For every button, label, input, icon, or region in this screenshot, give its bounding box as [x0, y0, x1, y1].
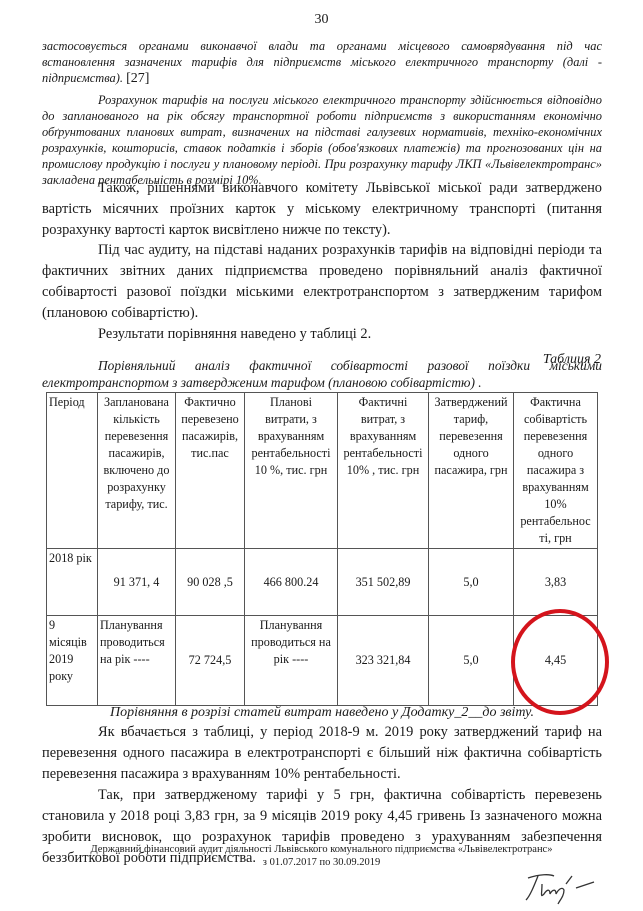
table-header-row: Період Запланована кількість перевезення…: [47, 393, 598, 549]
appendix-note: Порівняння в розрізі статей витрат навед…: [42, 704, 602, 722]
table-row: 2018 рік 91 371, 4 90 028 ,5 466 800.24 …: [47, 549, 598, 616]
tariff-calculation-paragraph: Розрахунок тарифів на послуги міського е…: [42, 92, 602, 188]
cell-actual-passengers: 72 724,5: [176, 616, 245, 706]
travel-cards-paragraph: Також, рішеннями виконавчого комітету Ль…: [42, 178, 602, 241]
conclusion-paragraph-1: Як вбачається з таблиці, у період 2018-9…: [42, 722, 602, 785]
intro-line-1: застосовується органами виконавчої влади…: [42, 38, 602, 54]
header-actual-costs: Фактичні витрат, з врахуванням рентабель…: [338, 393, 429, 549]
cell-actual-costs: 323 321,84: [338, 616, 429, 706]
reference-number: [27]: [126, 71, 149, 86]
cell-planned-passengers: 91 371, 4: [98, 549, 176, 616]
cell-approved-tariff: 5,0: [429, 616, 514, 706]
results-paragraph: Результати порівняння наведено у таблиці…: [42, 324, 602, 345]
table-title: Порівняльний аналіз фактичної собівартос…: [42, 357, 602, 391]
intro-paragraph: застосовується органами виконавчої влади…: [42, 38, 602, 87]
header-actual-unit-cost: Фактична собівартість перевезення одного…: [514, 393, 598, 549]
header-period: Період: [47, 393, 98, 549]
cell-actual-unit-cost: 3,83: [514, 549, 598, 616]
header-approved-tariff: Затверджений тариф, перевезення одного п…: [429, 393, 514, 549]
audit-paragraph: Під час аудиту, на підставі наданих розр…: [42, 240, 602, 324]
header-planned-passengers: Запланована кількість перевезення пасажи…: [98, 393, 176, 549]
intro-line-2: встановлення зазначених тарифів для підп…: [42, 54, 602, 70]
page-number: 30: [0, 12, 643, 28]
header-actual-passengers: Фактично перевезено пасажирів, тис.пас: [176, 393, 245, 549]
cell-planned-passengers: Планування проводиться на рік ----: [98, 616, 176, 706]
cell-period: 2018 рік: [47, 549, 98, 616]
cell-approved-tariff: 5,0: [429, 549, 514, 616]
intro-line-3: підприємства).: [42, 71, 123, 85]
signature-icon: [520, 870, 600, 906]
footer-line-2: з 01.07.2017 по 30.09.2019: [0, 856, 643, 869]
cell-planned-costs: Планування проводиться на рік ----: [245, 616, 338, 706]
cell-actual-passengers: 90 028 ,5: [176, 549, 245, 616]
red-highlight-circle: [511, 609, 609, 715]
cell-planned-costs: 466 800.24: [245, 549, 338, 616]
cell-period: 9 місяців 2019 року: [47, 616, 98, 706]
cell-actual-costs: 351 502,89: [338, 549, 429, 616]
header-planned-costs: Планові витрати, з врахуванням рентабель…: [245, 393, 338, 549]
page-footer: Державний фінансовий аудит діяльності Ль…: [0, 843, 643, 869]
footer-line-1: Державний фінансовий аудит діяльності Ль…: [0, 843, 643, 856]
